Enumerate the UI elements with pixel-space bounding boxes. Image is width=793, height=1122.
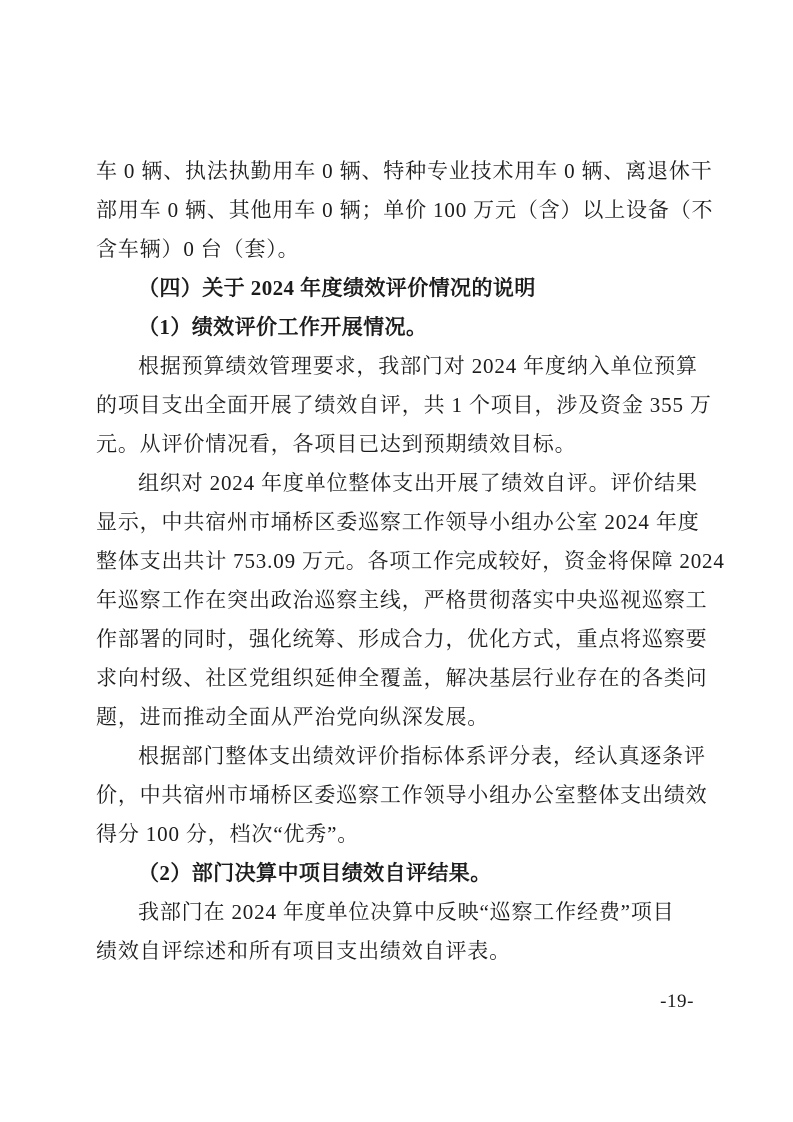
body-line: 的项目支出全面开展了绩效自评，共 1 个项目，涉及资金 355 万	[96, 386, 700, 425]
body-line: 价，中共宿州市埇桥区委巡察工作领导小组办公室整体支出绩效	[96, 776, 700, 815]
page-content: 车 0 辆、执法执勤用车 0 辆、特种专业技术用车 0 辆、离退休干 部用车 0…	[96, 152, 700, 971]
body-line: 根据预算绩效管理要求，我部门对 2024 年度纳入单位预算	[96, 347, 700, 386]
body-line: 组织对 2024 年度单位整体支出开展了绩效自评。评价结果	[96, 464, 700, 503]
body-line: 车 0 辆、执法执勤用车 0 辆、特种专业技术用车 0 辆、离退休干	[96, 152, 700, 191]
body-line: 绩效自评综述和所有项目支出绩效自评表。	[96, 932, 700, 971]
body-line: 年巡察工作在突出政治巡察主线，严格贯彻落实中央巡视巡察工	[96, 581, 700, 620]
body-line: 部用车 0 辆、其他用车 0 辆；单价 100 万元（含）以上设备（不	[96, 191, 700, 230]
body-line: 作部署的同时，强化统筹、形成合力，优化方式，重点将巡察要	[96, 620, 700, 659]
body-line: 得分 100 分，档次“优秀”。	[96, 815, 700, 854]
body-line: 根据部门整体支出绩效评价指标体系评分表，经认真逐条评	[96, 737, 700, 776]
body-line: 求向村级、社区党组织延伸全覆盖，解决基层行业存在的各类问	[96, 659, 700, 698]
body-line: 题，进而推动全面从严治党向纵深发展。	[96, 698, 700, 737]
section-heading-performance-evaluation: （四）关于 2024 年度绩效评价情况的说明	[96, 269, 700, 308]
body-line: 显示，中共宿州市埇桥区委巡察工作领导小组办公室 2024 年度	[96, 503, 700, 542]
subheading-evaluation-work: （1）绩效评价工作开展情况。	[96, 308, 700, 347]
document-page: 车 0 辆、执法执勤用车 0 辆、特种专业技术用车 0 辆、离退休干 部用车 0…	[0, 0, 793, 1122]
body-line: 元。从评价情况看，各项目已达到预期绩效目标。	[96, 425, 700, 464]
body-line: 含车辆）0 台（套）。	[96, 230, 700, 269]
body-line: 整体支出共计 753.09 万元。各项工作完成较好，资金将保障 2024	[96, 542, 700, 581]
page-number: -19-	[660, 991, 694, 1013]
body-line: 我部门在 2024 年度单位决算中反映“巡察工作经费”项目	[96, 893, 700, 932]
subheading-project-self-evaluation: （2）部门决算中项目绩效自评结果。	[96, 854, 700, 893]
